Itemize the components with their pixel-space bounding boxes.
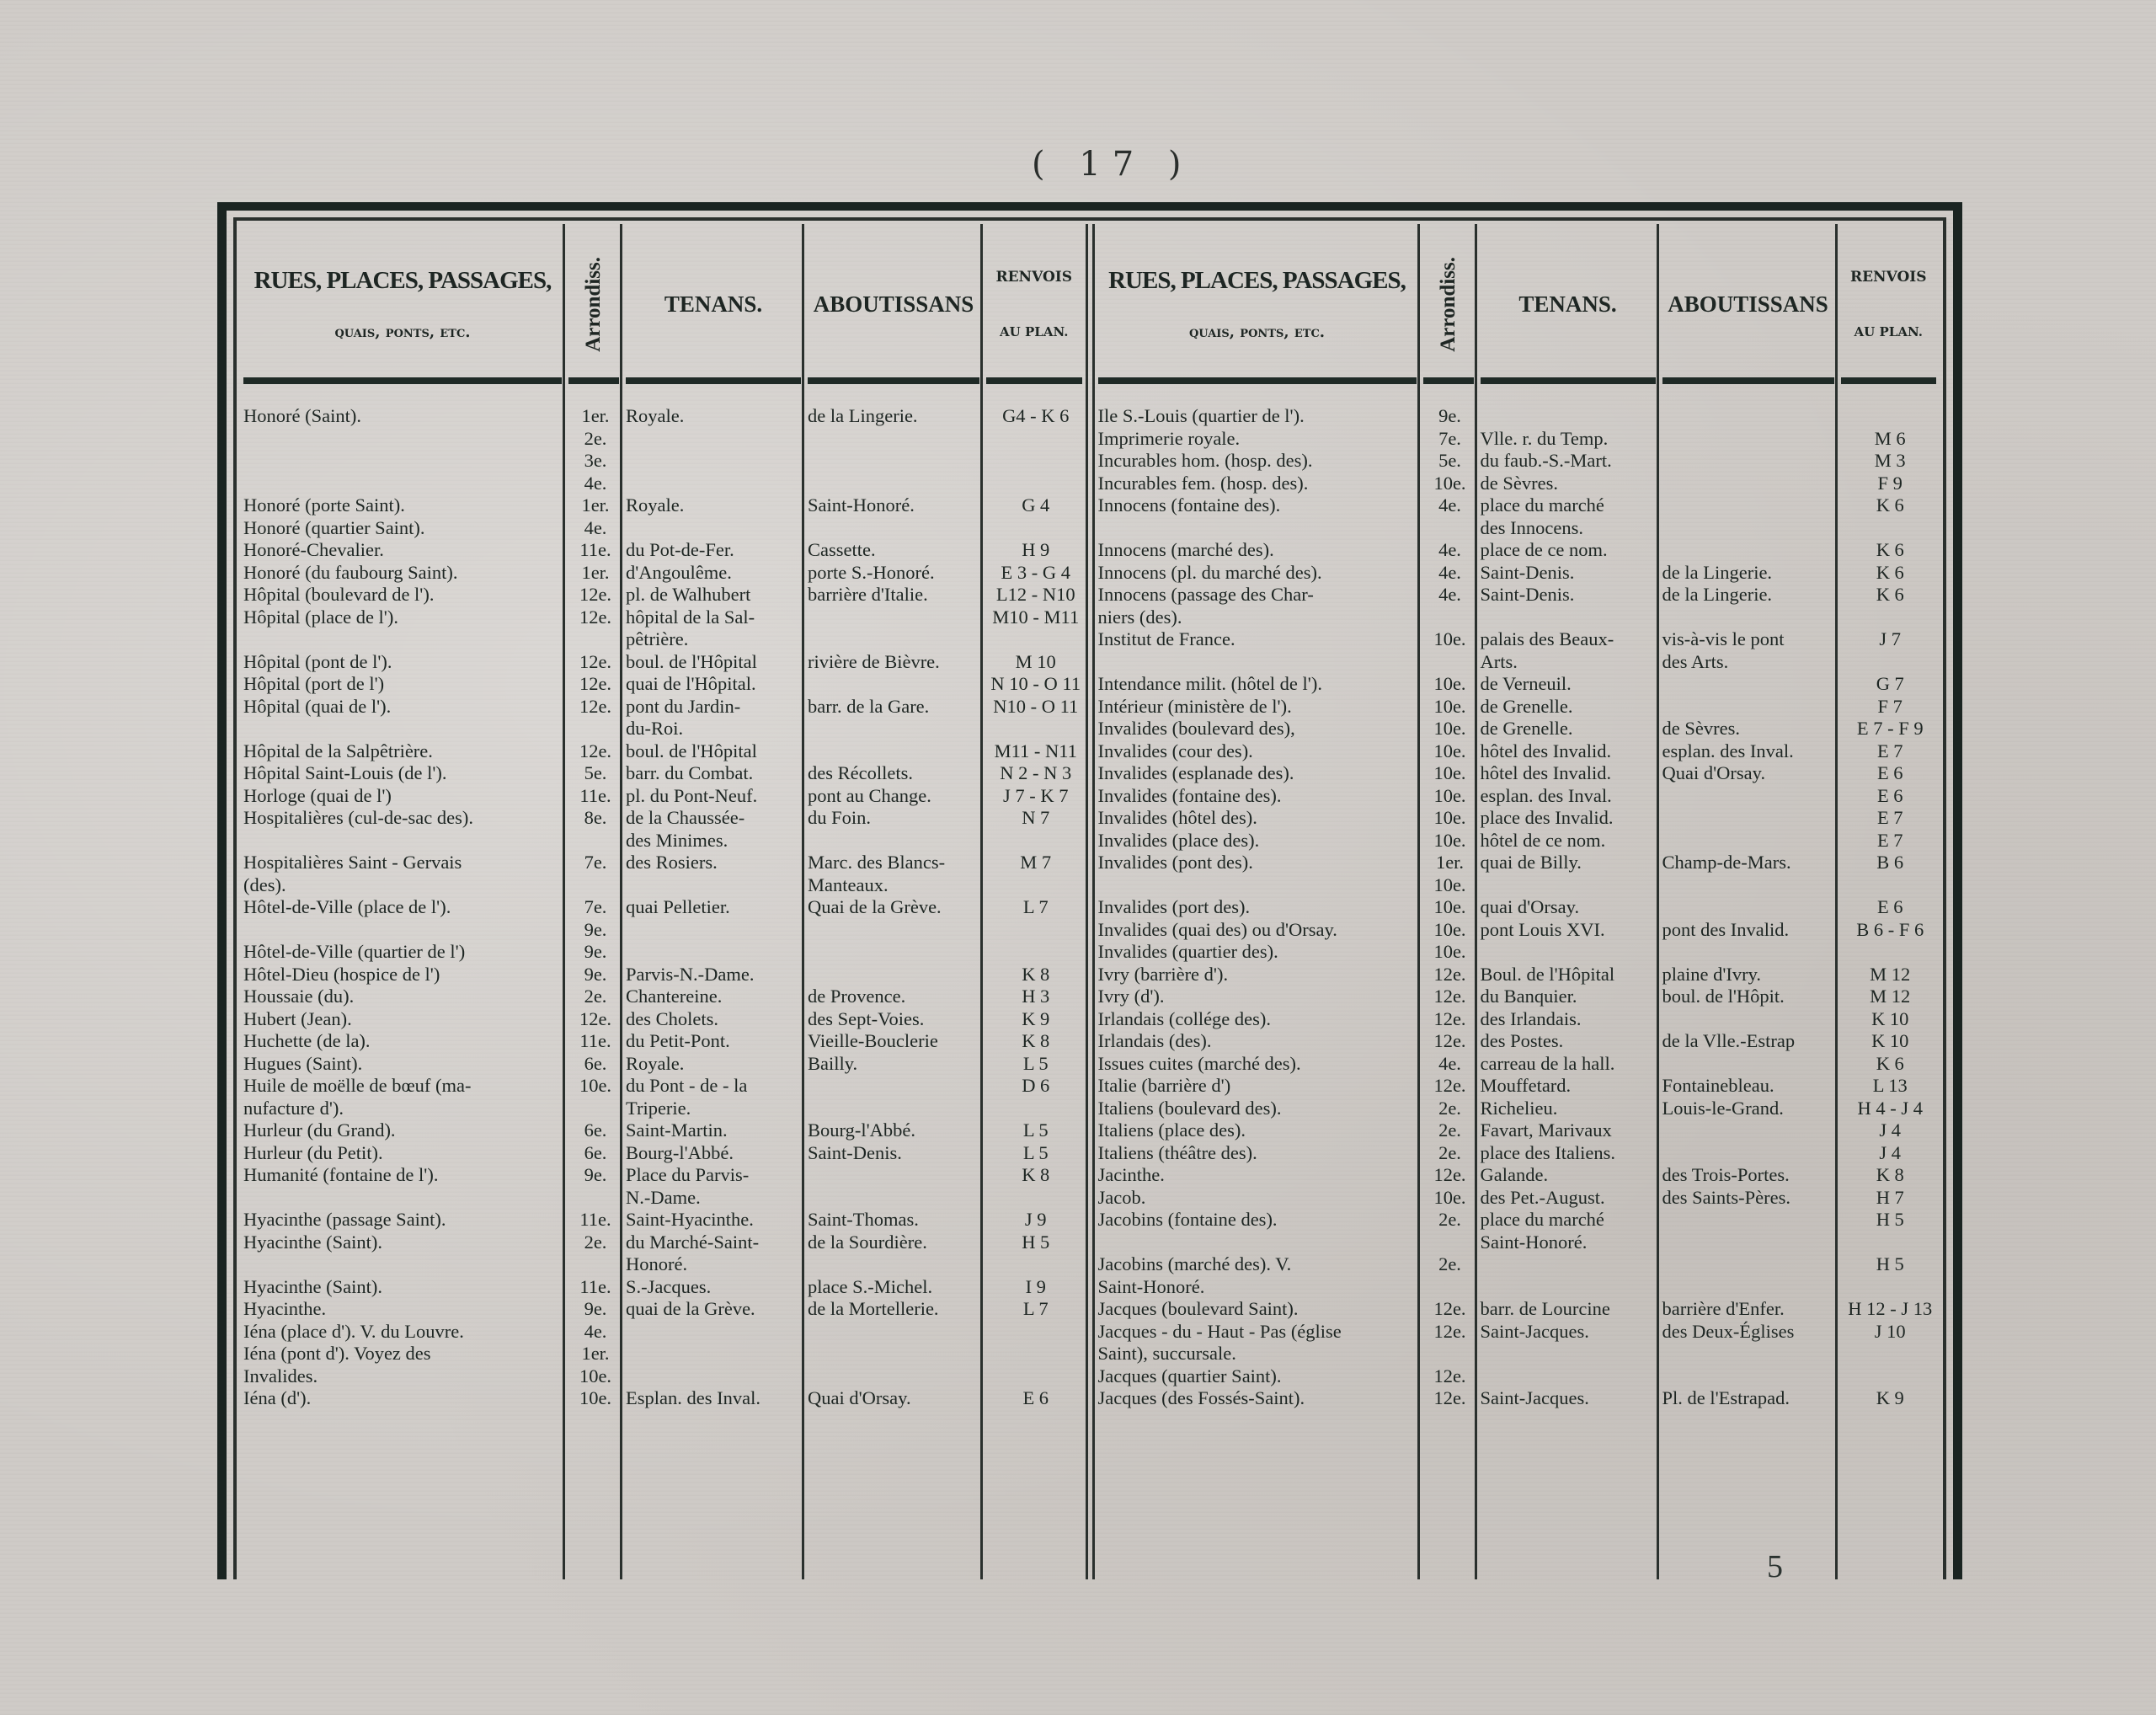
renvois: K 8 [983, 1030, 1086, 1053]
table-row: Innocens (fontaine des).4e.place du marc… [1095, 494, 1940, 539]
table-row: Jacques (des Fossés-Saint).12e.Saint-Jac… [1095, 1387, 1940, 1410]
aboutissans: barrière d'Enfer. [1659, 1298, 1838, 1321]
left-table-half: RUES, PLACES, PASSAGES, quais, ponts, et… [240, 224, 1088, 1579]
page-number: ( 17 ) [1032, 145, 1193, 184]
table-row: Hospitalières (cul-de-sac des).8e.de la … [240, 807, 1086, 852]
street-name: Jacques (des Fossés-Saint). [1095, 1387, 1420, 1410]
street-name: Humanité (fontaine de l'). [240, 1164, 565, 1209]
renvois: I 9 [983, 1276, 1086, 1299]
tenans: esplan. des Inval. [1477, 785, 1659, 808]
renvois: H 5 [983, 1231, 1086, 1276]
aboutissans: Champ-de-Mars. [1659, 852, 1838, 896]
arrondissement: 12e. [1420, 1030, 1477, 1053]
tenans: de Grenelle. [1477, 718, 1659, 740]
arrondissement: 9e. [565, 964, 622, 986]
aboutissans: Pl. de l'Estrapad. [1659, 1387, 1838, 1410]
table-row: Horloge (quai de l')11e.pl. du Pont-Neuf… [240, 785, 1086, 808]
street-name: Incurables fem. (hosp. des). [1095, 473, 1420, 495]
arrondissement: 6e. [565, 1142, 622, 1165]
arrondissement: 12e. [565, 673, 622, 696]
table-row: Iéna (d').10e.Esplan. des Inval.Quai d'O… [240, 1387, 1086, 1410]
aboutissans: place S.-Michel. [804, 1276, 983, 1299]
street-name: Huchette (de la). [240, 1030, 565, 1053]
table-row: Innocens (passage des Char- niers (des).… [1095, 584, 1940, 628]
street-name: Hubert (Jean). [240, 1008, 565, 1031]
aboutissans: de la Lingerie. [1659, 562, 1838, 585]
header-streets: RUES, PLACES, PASSAGES, quais, ponts, et… [240, 224, 565, 384]
renvois: H 7 [1838, 1187, 1940, 1210]
tenans: du Banquier. [1477, 986, 1659, 1008]
aboutissans [1659, 807, 1838, 830]
tenans: de la Chaussée- des Minimes. [622, 807, 804, 852]
renvois: L 5 [983, 1119, 1086, 1142]
header-arrondissement: Arrondiss. [1420, 224, 1477, 384]
aboutissans: plaine d'Ivry. [1659, 964, 1838, 986]
tenans [622, 1343, 804, 1387]
aboutissans [1659, 1253, 1838, 1298]
renvois [1838, 941, 1940, 964]
aboutissans [1659, 696, 1838, 719]
table-row: Iéna (place d'). V. du Louvre.4e. [240, 1321, 1086, 1344]
tenans: carreau de la hall. [1477, 1053, 1659, 1076]
arrondissement: 5e. [1420, 450, 1477, 473]
table-row: Intérieur (ministère de l').10e.de Grene… [1095, 696, 1940, 719]
tenans: hôtel des Invalid. [1477, 762, 1659, 785]
renvois: J 7 - K 7 [983, 785, 1086, 808]
renvois: H 9 [983, 539, 1086, 562]
renvois: H 5 [1838, 1253, 1940, 1298]
arrondissement: 4e. [1420, 494, 1477, 539]
renvois [983, 517, 1086, 540]
tenans: Royale. [622, 1053, 804, 1076]
tenans: Mouffetard. [1477, 1075, 1659, 1098]
aboutissans [804, 1164, 983, 1209]
tenans: de Sèvres. [1477, 473, 1659, 495]
renvois: D 6 [983, 1075, 1086, 1119]
table-row: Jacques (quartier Saint).12e. [1095, 1365, 1940, 1388]
renvois: G4 - K 6 [983, 405, 1086, 494]
table-row: Invalides (quartier des).10e. [1095, 941, 1940, 964]
arrondissement: 12e. [1420, 986, 1477, 1008]
aboutissans [1659, 1008, 1838, 1031]
arrondissement: 10e. [1420, 740, 1477, 763]
street-name: Hôtel-de-Ville (quartier de l') [240, 941, 565, 964]
aboutissans: Bourg-l'Abbé. [804, 1119, 983, 1142]
aboutissans: Bailly. [804, 1053, 983, 1076]
tenans: barr. du Combat. [622, 762, 804, 785]
renvois: G 7 [1838, 673, 1940, 696]
aboutissans: des Trois-Portes. [1659, 1164, 1838, 1187]
aboutissans [804, 941, 983, 964]
aboutissans [1659, 1209, 1838, 1253]
tenans: pont Louis XVI. [1477, 919, 1659, 942]
table-row: Invalides (port des).10e.quai d'Orsay.E … [1095, 896, 1940, 919]
table-row: Jacques (boulevard Saint).12e.barr. de L… [1095, 1298, 1940, 1321]
street-name: Invalides (esplanade des). [1095, 762, 1420, 785]
renvois: M 6 [1838, 428, 1940, 451]
street-name: Iéna (place d'). V. du Louvre. [240, 1321, 565, 1344]
arrondissement: 10e. [1420, 718, 1477, 740]
aboutissans: Fontainebleau. [1659, 1075, 1838, 1098]
street-name: Jacques (quartier Saint). [1095, 1365, 1420, 1388]
renvois: M 7 [983, 852, 1086, 896]
street-name: Iéna (pont d'). Voyez des Invalides. [240, 1343, 565, 1387]
table-row: Innocens (marché des).4e.place de ce nom… [1095, 539, 1940, 562]
aboutissans [1659, 1119, 1838, 1142]
arrondissement: 2e. [1420, 1098, 1477, 1120]
street-name: Hurleur (du Petit). [240, 1142, 565, 1165]
arrondissement: 1er. 10e. [565, 1343, 622, 1387]
tenans: du faub.-S.-Mart. [1477, 450, 1659, 473]
street-name: Honoré (quartier Saint). [240, 517, 565, 540]
table-row: Invalides (cour des).10e.hôtel des Inval… [1095, 740, 1940, 763]
arrondissement: 2e. [565, 986, 622, 1008]
aboutissans: de la Lingerie. [1659, 584, 1838, 628]
renvois: K 10 [1838, 1030, 1940, 1053]
tenans: Galande. [1477, 1164, 1659, 1187]
renvois: K 9 [1838, 1387, 1940, 1410]
table-row: Hyacinthe (passage Saint).11e.Saint-Hyac… [240, 1209, 1086, 1231]
table-row: Issues cuites (marché des).4e.carreau de… [1095, 1053, 1940, 1076]
street-name: Hurleur (du Grand). [240, 1119, 565, 1142]
arrondissement: 12e. [1420, 964, 1477, 986]
table-row: Invalides (pont des).1er. 10e.quai de Bi… [1095, 852, 1940, 896]
street-name: Ivry (barrière d'). [1095, 964, 1420, 986]
arrondissement: 10e. [1420, 762, 1477, 785]
aboutissans: Quai d'Orsay. [1659, 762, 1838, 785]
table-row: Jacobins (fontaine des).2e.place du marc… [1095, 1209, 1940, 1253]
tenans: S.-Jacques. [622, 1276, 804, 1299]
table-row: Italiens (théâtre des).2e.place des Ital… [1095, 1142, 1940, 1165]
table-row: Honoré (porte Saint).1er.Royale.Saint-Ho… [240, 494, 1086, 517]
tenans [1477, 1365, 1659, 1388]
aboutissans: de la Mortellerie. [804, 1298, 983, 1321]
street-name: Horloge (quai de l') [240, 785, 565, 808]
arrondissement: 9e. [565, 1164, 622, 1209]
renvois: M 10 [983, 651, 1086, 674]
street-name: Hyacinthe. [240, 1298, 565, 1321]
aboutissans [1659, 1053, 1838, 1076]
tenans: Place du Parvis- N.-Dame. [622, 1164, 804, 1209]
tenans [622, 1321, 804, 1344]
street-name: Hôpital (place de l'). [240, 606, 565, 651]
street-name: Jacques - du - Haut - Pas (église Saint)… [1095, 1321, 1420, 1365]
tenans: du Marché-Saint- Honoré. [622, 1231, 804, 1276]
table-row: Hyacinthe.9e.quai de la Grève.de la Mort… [240, 1298, 1086, 1321]
table-row: Italie (barrière d')12e.Mouffetard.Fonta… [1095, 1075, 1940, 1098]
aboutissans: Cassette. [804, 539, 983, 562]
header-streets: RUES, PLACES, PASSAGES, quais, ponts, et… [1095, 224, 1420, 384]
tenans: du Pot-de-Fer. [622, 539, 804, 562]
arrondissement: 11e. [565, 1030, 622, 1053]
aboutissans: de Provence. [804, 986, 983, 1008]
table-row: Honoré (quartier Saint).4e. [240, 517, 1086, 540]
renvois: H 4 - J 4 [1838, 1098, 1940, 1120]
street-name: Hôpital de la Salpêtrière. [240, 740, 565, 763]
arrondissement: 4e. [1420, 584, 1477, 628]
aboutissans: rivière de Bièvre. [804, 651, 983, 674]
table-row: Hubert (Jean).12e.des Cholets.des Sept-V… [240, 1008, 1086, 1031]
table-row: Imprimerie royale.7e.Vlle. r. du Temp.M … [1095, 428, 1940, 451]
table-row: Hugues (Saint).6e.Royale.Bailly.L 5 [240, 1053, 1086, 1076]
tenans: quai Pelletier. [622, 896, 804, 941]
renvois: L12 - N10 [983, 584, 1086, 606]
street-name: Hyacinthe (Saint). [240, 1231, 565, 1276]
renvois: L 13 [1838, 1075, 1940, 1098]
table-row: Invalides (quai des) ou d'Orsay.10e.pont… [1095, 919, 1940, 942]
aboutissans: barr. de la Gare. [804, 696, 983, 740]
aboutissans: Vieille-Bouclerie [804, 1030, 983, 1053]
header-arrondissement: Arrondiss. [565, 224, 622, 384]
header-tenans: TENANS. [1477, 224, 1659, 384]
street-name: Innocens (pl. du marché des). [1095, 562, 1420, 585]
table-row: Hospitalières Saint - Gervais (des).7e.d… [240, 852, 1086, 896]
aboutissans: de Sèvres. [1659, 718, 1838, 740]
aboutissans: porte S.-Honoré. [804, 562, 983, 585]
tenans: Saint-Hyacinthe. [622, 1209, 804, 1231]
table-row: Invalides (place des).10e.hôtel de ce no… [1095, 830, 1940, 852]
renvois: L 5 [983, 1142, 1086, 1165]
renvois: K 6 [1838, 562, 1940, 585]
aboutissans [1659, 1142, 1838, 1165]
table-row: Invalides (fontaine des).10e.esplan. des… [1095, 785, 1940, 808]
street-name: Innocens (fontaine des). [1095, 494, 1420, 539]
arrondissement: 2e. [1420, 1209, 1477, 1253]
renvois: K 9 [983, 1008, 1086, 1031]
street-name: Jacinthe. [1095, 1164, 1420, 1187]
arrondissement: 9e. [565, 1298, 622, 1321]
renvois: M 3 [1838, 450, 1940, 473]
table-row: Irlandais (des).12e.des Postes.de la Vll… [1095, 1030, 1940, 1053]
street-name: Invalides (hôtel des). [1095, 807, 1420, 830]
tenans: Esplan. des Inval. [622, 1387, 804, 1410]
table-row: Ivry (barrière d').12e.Boul. de l'Hôpita… [1095, 964, 1940, 986]
arrondissement: 11e. [565, 1209, 622, 1231]
arrondissement: 2e. [565, 1231, 622, 1276]
table-row: Iéna (pont d'). Voyez des Invalides.1er.… [240, 1343, 1086, 1387]
arrondissement: 4e. [1420, 1053, 1477, 1076]
signature-mark: 5 [1767, 1548, 1783, 1585]
table-row: Hôpital de la Salpêtrière.12e.boul. de l… [240, 740, 1086, 763]
street-name: Institut de France. [1095, 628, 1420, 673]
aboutissans: Marc. des Blancs- Manteaux. [804, 852, 983, 896]
right-table-half: RUES, PLACES, PASSAGES, quais, ponts, et… [1092, 224, 1940, 1579]
table-row: Incurables fem. (hosp. des).10e.de Sèvre… [1095, 473, 1940, 495]
arrondissement: 10e. [565, 1075, 622, 1119]
renvois: E 7 [1838, 740, 1940, 763]
table-row: Honoré-Chevalier.11e.du Pot-de-Fer.Casse… [240, 539, 1086, 562]
street-name: Honoré-Chevalier. [240, 539, 565, 562]
renvois: G 4 [983, 494, 1086, 517]
tenans: Favart, Marivaux [1477, 1119, 1659, 1142]
tenans: place des Italiens. [1477, 1142, 1659, 1165]
arrondissement: 10e. [1420, 673, 1477, 696]
aboutissans [804, 964, 983, 986]
renvois [983, 1343, 1086, 1387]
arrondissement: 1er. [565, 562, 622, 585]
arrondissement: 9e. [565, 941, 622, 964]
street-name: Issues cuites (marché des). [1095, 1053, 1420, 1076]
renvois: M11 - N11 [983, 740, 1086, 763]
aboutissans: esplan. des Inval. [1659, 740, 1838, 763]
street-name: Hôpital Saint-Louis (de l'). [240, 762, 565, 785]
street-name: Italie (barrière d') [1095, 1075, 1420, 1098]
arrondissement: 5e. [565, 762, 622, 785]
renvois: E 6 [1838, 762, 1940, 785]
renvois [983, 941, 1086, 964]
street-name: Houssaie (du). [240, 986, 565, 1008]
aboutissans: des Saints-Pères. [1659, 1187, 1838, 1210]
street-name: Honoré (porte Saint). [240, 494, 565, 517]
right-rows: Ile S.-Louis (quartier de l').9e.Imprime… [1095, 405, 1940, 1410]
table-row: Houssaie (du).2e.Chantereine.de Provence… [240, 986, 1086, 1008]
aboutissans [1659, 896, 1838, 919]
tenans: hôpital de la Sal- pêtrière. [622, 606, 804, 651]
table-row: Hôpital (quai de l').12e.pont du Jardin-… [240, 696, 1086, 740]
street-name: Hyacinthe (passage Saint). [240, 1209, 565, 1231]
table-row: Intendance milit. (hôtel de l').10e.de V… [1095, 673, 1940, 696]
tenans: Boul. de l'Hôpital [1477, 964, 1659, 986]
arrondissement: 10e. [1420, 1187, 1477, 1210]
tenans: pont du Jardin- du-Roi. [622, 696, 804, 740]
street-name: Incurables hom. (hosp. des). [1095, 450, 1420, 473]
tenans: des Cholets. [622, 1008, 804, 1031]
renvois: N 10 - O 11 [983, 673, 1086, 696]
arrondissement: 10e. [565, 1387, 622, 1410]
aboutissans: Quai de la Grève. [804, 896, 983, 941]
tenans: Chantereine. [622, 986, 804, 1008]
renvois: B 6 - F 6 [1838, 919, 1940, 942]
street-name: Jacobins (fontaine des). [1095, 1209, 1420, 1253]
street-name: Jacques (boulevard Saint). [1095, 1298, 1420, 1321]
table-row: Humanité (fontaine de l').9e.Place du Pa… [240, 1164, 1086, 1209]
arrondissement: 4e. [1420, 539, 1477, 562]
arrondissement: 12e. [1420, 1321, 1477, 1365]
street-name: Hôpital (port de l') [240, 673, 565, 696]
tenans: palais des Beaux- Arts. [1477, 628, 1659, 673]
renvois: L 7 [983, 1298, 1086, 1321]
street-name: Italiens (place des). [1095, 1119, 1420, 1142]
street-name: Irlandais (des). [1095, 1030, 1420, 1053]
aboutissans: des Récollets. [804, 762, 983, 785]
arrondissement: 4e. [565, 1321, 622, 1344]
table-row: Hôpital (port de l')12e.quai de l'Hôpita… [240, 673, 1086, 696]
renvois: J 4 [1838, 1142, 1940, 1165]
table-row: Hôpital Saint-Louis (de l').5e.barr. du … [240, 762, 1086, 785]
tenans: du Petit-Pont. [622, 1030, 804, 1053]
renvois: H 12 - J 13 [1838, 1298, 1940, 1321]
renvois: H 5 [1838, 1209, 1940, 1253]
tenans [1477, 941, 1659, 964]
tenans: Saint-Denis. [1477, 584, 1659, 628]
renvois: E 6 [983, 1387, 1086, 1410]
index-table-frame: RUES, PLACES, PASSAGES, quais, ponts, et… [217, 202, 1962, 1579]
aboutissans: Saint-Thomas. [804, 1209, 983, 1231]
renvois: H 3 [983, 986, 1086, 1008]
tenans: place de ce nom. [1477, 539, 1659, 562]
renvois: J 7 [1838, 628, 1940, 673]
table-row: Hyacinthe (Saint).11e.S.-Jacques.place S… [240, 1276, 1086, 1299]
renvois: E 7 [1838, 807, 1940, 830]
aboutissans [1659, 473, 1838, 495]
table-row: Jacques - du - Haut - Pas (église Saint)… [1095, 1321, 1940, 1365]
renvois [1838, 1365, 1940, 1388]
arrondissement: 12e. [565, 651, 622, 674]
table-row: Hôpital (pont de l').12e.boul. de l'Hôpi… [240, 651, 1086, 674]
street-name: Irlandais (collége des). [1095, 1008, 1420, 1031]
tenans: place du marché Saint-Honoré. [1477, 1209, 1659, 1253]
arrondissement: 12e. [1420, 1365, 1477, 1388]
tenans: des Rosiers. [622, 852, 804, 896]
tenans: hôtel de ce nom. [1477, 830, 1659, 852]
aboutissans [804, 517, 983, 540]
aboutissans: Louis-le-Grand. [1659, 1098, 1838, 1120]
arrondissement: 10e. [1420, 696, 1477, 719]
arrondissement: 11e. [565, 539, 622, 562]
table-row: Hôpital (place de l').12e.hôpital de la … [240, 606, 1086, 651]
tenans: Parvis-N.-Dame. [622, 964, 804, 986]
table-row: Jacobins (marché des). V. Saint-Honoré.2… [1095, 1253, 1940, 1298]
street-name: Honoré (Saint). [240, 405, 565, 494]
tenans [1477, 1253, 1659, 1298]
arrondissement: 12e. [1420, 1075, 1477, 1098]
street-name: Hospitalières (cul-de-sac des). [240, 807, 565, 852]
street-name: Invalides (quai des) ou d'Orsay. [1095, 919, 1420, 942]
tenans: boul. de l'Hôpital [622, 740, 804, 763]
tenans: des Postes. [1477, 1030, 1659, 1053]
arrondissement: 10e. [1420, 896, 1477, 919]
renvois [983, 1321, 1086, 1344]
street-name: Hyacinthe (Saint). [240, 1276, 565, 1299]
table-row: Honoré (Saint).1er. 2e. 3e. 4e.Royale.de… [240, 405, 1086, 494]
aboutissans [1659, 1365, 1838, 1388]
arrondissement: 1er. 10e. [1420, 852, 1477, 896]
tenans: quai de l'Hôpital. [622, 673, 804, 696]
tenans [622, 517, 804, 540]
table-row: Hurleur (du Petit).6e.Bourg-l'Abbé.Saint… [240, 1142, 1086, 1165]
renvois: E 6 [1838, 896, 1940, 919]
tenans: Richelieu. [1477, 1098, 1659, 1120]
renvois: E 7 - F 9 [1838, 718, 1940, 740]
street-name: Intérieur (ministère de l'). [1095, 696, 1420, 719]
table-row: Invalides (boulevard des),10e.de Grenell… [1095, 718, 1940, 740]
street-name: Ile S.-Louis (quartier de l'). [1095, 405, 1420, 428]
table-row: Hyacinthe (Saint).2e.du Marché-Saint- Ho… [240, 1231, 1086, 1276]
arrondissement: 8e. [565, 807, 622, 852]
tenans: quai de Billy. [1477, 852, 1659, 896]
aboutissans: pont au Change. [804, 785, 983, 808]
table-row: Ile S.-Louis (quartier de l').9e. [1095, 405, 1940, 428]
table-header: RUES, PLACES, PASSAGES, quais, ponts, et… [1095, 224, 1940, 384]
renvois: E 6 [1838, 785, 1940, 808]
renvois: L 7 [983, 896, 1086, 941]
renvois: F 7 [1838, 696, 1940, 719]
renvois: E 3 - G 4 [983, 562, 1086, 585]
street-name: Jacobins (marché des). V. Saint-Honoré. [1095, 1253, 1420, 1298]
table-row: Hôpital (boulevard de l').12e.pl. de Wal… [240, 584, 1086, 606]
tenans: Saint-Jacques. [1477, 1387, 1659, 1410]
arrondissement: 10e. [1420, 941, 1477, 964]
arrondissement: 1er. 2e. 3e. 4e. [565, 405, 622, 494]
arrondissement: 12e. [1420, 1298, 1477, 1321]
tenans: Saint-Martin. [622, 1119, 804, 1142]
header-aboutissans: ABOUTISSANS [804, 224, 983, 384]
renvois: J 9 [983, 1209, 1086, 1231]
aboutissans: pont des Invalid. [1659, 919, 1838, 942]
table-row: Jacinthe.12e.Galande.des Trois-Portes.K … [1095, 1164, 1940, 1187]
aboutissans [804, 673, 983, 696]
table-row: Ivry (d').12e.du Banquier.boul. de l'Hôp… [1095, 986, 1940, 1008]
